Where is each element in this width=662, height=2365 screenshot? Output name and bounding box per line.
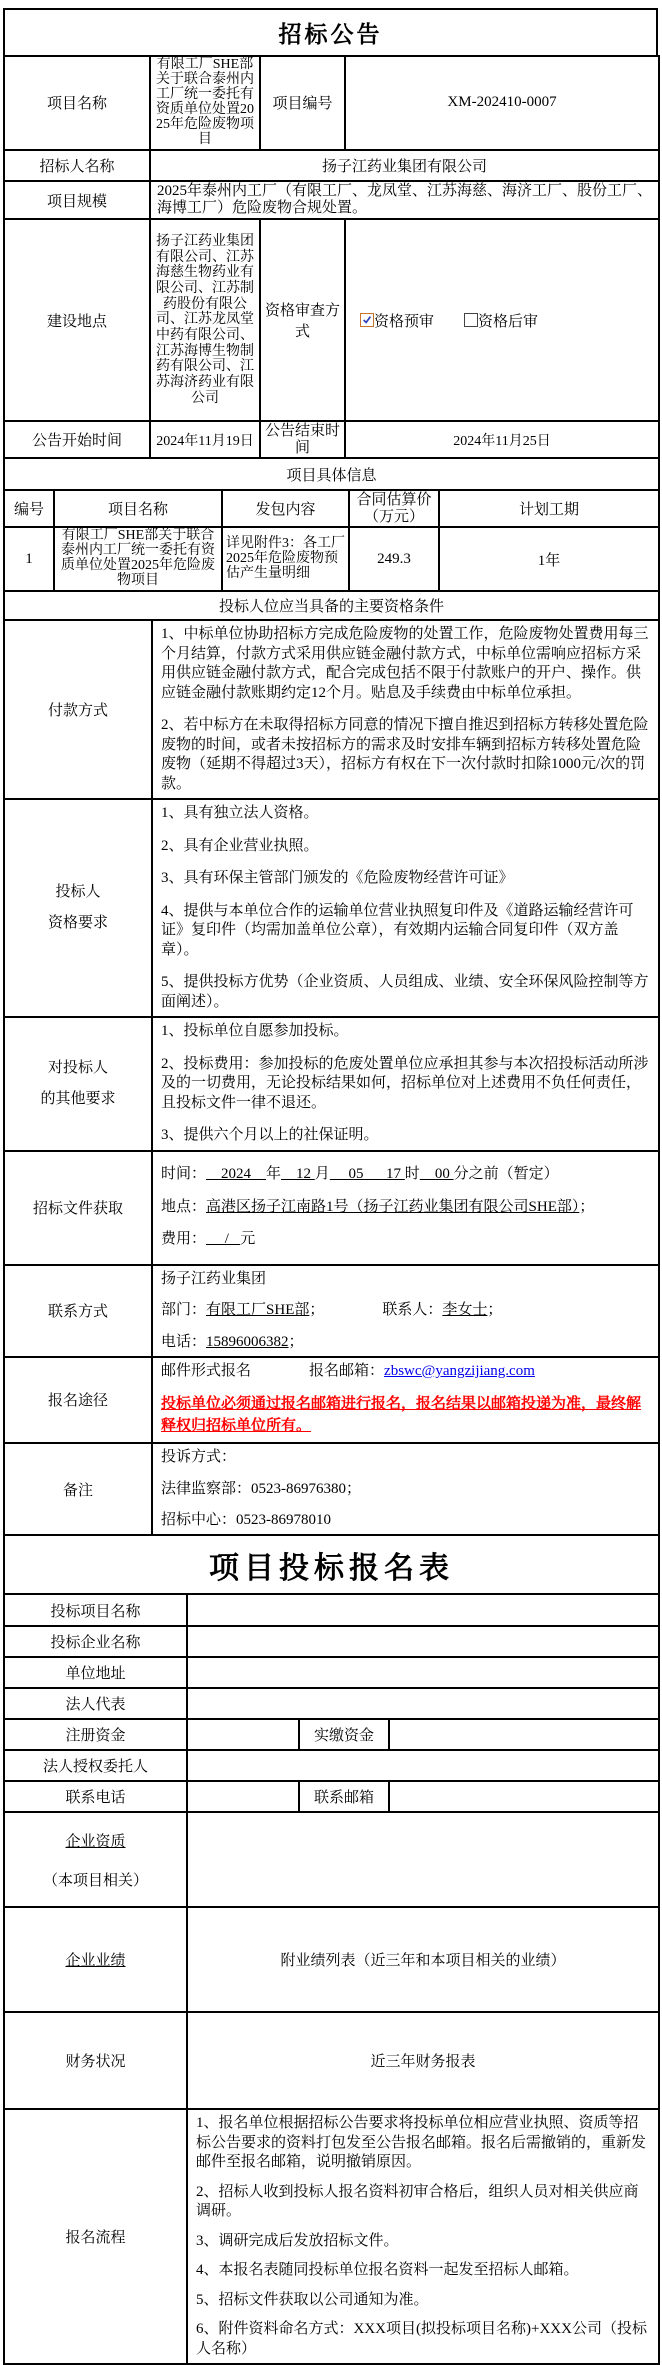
form-registered-capital-label: 注册资金 [4, 1719, 187, 1750]
table-row: 联系电话 联系邮箱 [4, 1781, 659, 1812]
table-row: 招标人名称 扬子江药业集团有限公司 [4, 150, 659, 181]
table-row: 备注 投诉方式： 法律监察部：0523-86976380； 招标中心：0523-… [4, 1443, 659, 1535]
prequalification-checkbox-checked-icon[interactable] [360, 313, 374, 327]
table-row: 财务状况 近三年财务报表 [4, 2012, 659, 2109]
form-phone-label: 联系电话 [4, 1781, 187, 1812]
signup-method-line: 邮件形式报名报名邮箱：zbswc@yangzijiang.com [161, 1362, 650, 1382]
table-row: 建设地点 扬子江药业集团有限公司、江苏海慈生物药业有限公司、江苏制药股份有限公司… [4, 219, 659, 421]
table-row: 项目规模 2025年泰州内工厂（有限工厂、龙凤堂、江苏海慈、海济工厂、股份工厂、… [4, 181, 659, 220]
contact-label: 联系方式 [4, 1265, 152, 1357]
remark-label: 备注 [4, 1443, 152, 1535]
doc-obtain-fee-line: 费用： / 元 [161, 1230, 650, 1250]
form-enterprise-qualification-label: 企业资质 （本项目相关） [4, 1812, 187, 1907]
signup-channel-content: 邮件形式报名报名邮箱：zbswc@yangzijiang.com 投标单位必须通… [152, 1357, 659, 1443]
table-row: 项目名称 有限工厂SHE部关于联合泰州内工厂统一委托有资质单位处置2025年危险… [4, 56, 659, 150]
process-p1: 1、报名单位根据招标公告要求将投标单位相应营业执照、资质等招标公告要求的资料打包… [196, 2114, 650, 2173]
announcement-title-table: 招标公告 [3, 8, 658, 57]
col-header-duration: 计划工期 [439, 490, 659, 527]
form-authorized-agent-label: 法人授权委托人 [4, 1750, 187, 1781]
col-header-content: 发包内容 [222, 490, 349, 527]
process-p6: 6、附件资料命名方式：XXX项目(拟投标项目名称)+XXX公司（投标人名称） [196, 2320, 650, 2359]
table-row: 投标人 资格要求 1、具有独立法人资格。 2、具有企业营业执照。 3、具有环保主… [4, 799, 659, 1017]
announcement-title: 招标公告 [4, 9, 657, 56]
announce-start-label: 公告开始时间 [4, 421, 150, 458]
form-registered-capital-value [187, 1719, 299, 1750]
table-row: 单位地址 [4, 1657, 659, 1688]
detail-row-no: 1 [4, 527, 54, 591]
form-legal-rep-value [187, 1688, 659, 1719]
contact-content: 扬子江药业集团 部门：有限工厂SHE部；联系人：李女士； 电话：15896006… [152, 1265, 659, 1357]
bidder-name-value: 扬子江药业集团有限公司 [150, 150, 659, 181]
table-header-row: 编号 项目名称 发包内容 合同估算价（万元） 计划工期 [4, 490, 659, 527]
signup-warning-text: 投标单位必须通过报名邮箱进行报名，报名结果以邮箱投递为准，最终解释权归招标单位所… [161, 1394, 650, 1438]
registration-form-table-2: 注册资金 实缴资金 [3, 1718, 660, 1751]
table-row: 投标人位应当具备的主要资格条件 [4, 591, 659, 620]
qualification-review-value: 资格预审资格后审 [345, 219, 659, 421]
process-p2: 2、招标人收到投标人报名资料初审合格后，组织人员对相关供应商调研。 [196, 2183, 650, 2222]
registration-form-table-1: 投标项目名称 投标企业名称 单位地址 法人代表 [3, 1593, 660, 1720]
form-financial-status-value: 近三年财务报表 [187, 2012, 659, 2109]
bidder-qualification-label: 投标人 资格要求 [4, 799, 152, 1017]
col-header-name: 项目名称 [54, 490, 222, 527]
project-no-value: XM-202410-0007 [345, 56, 659, 150]
form-legal-rep-label: 法人代表 [4, 1688, 187, 1719]
form-enterprise-performance-label: 企业业绩 [4, 1907, 187, 2012]
form-address-label: 单位地址 [4, 1657, 187, 1688]
bidder-qual-p3: 3、具有环保主管部门颁发的《危险废物经营许可证》 [161, 869, 650, 889]
remark-content: 投诉方式： 法律监察部：0523-86976380； 招标中心：0523-869… [152, 1443, 659, 1535]
project-details-table: 编号 项目名称 发包内容 合同估算价（万元） 计划工期 1 有限工厂SHE部关于… [3, 489, 660, 592]
payment-method-content: 1、中标单位协助招标方完成危险废物的处置工作，危险废物处置费用每三个月结算，付款… [152, 620, 659, 799]
form-paidin-capital-value [389, 1719, 659, 1750]
form-project-name-label: 投标项目名称 [4, 1594, 187, 1626]
detail-row-name: 有限工厂SHE部关于联合泰州内工厂统一委托有资质单位处置2025年危险废物项目 [54, 527, 222, 591]
col-header-price: 合同估算价（万元） [349, 490, 439, 527]
form-email-label: 联系邮箱 [299, 1781, 389, 1812]
bidder-qualification-content: 1、具有独立法人资格。 2、具有企业营业执照。 3、具有环保主管部门颁发的《危险… [152, 799, 659, 1017]
table-row: 投标企业名称 [4, 1626, 659, 1657]
doc-obtain-location-line: 地点：高港区扬子江南路1号（扬子江药业集团有限公司SHE部）； [161, 1198, 650, 1218]
bidder-name-label: 招标人名称 [4, 150, 150, 181]
form-paidin-capital-label: 实缴资金 [299, 1719, 389, 1750]
table-row: 法人授权委托人 [4, 1750, 659, 1781]
remark-line1: 投诉方式： [161, 1448, 650, 1467]
bidder-qual-p2: 2、具有企业营业执照。 [161, 837, 650, 857]
table-row: 联系方式 扬子江药业集团 部门：有限工厂SHE部；联系人：李女士； 电话：158… [4, 1265, 659, 1357]
table-row: 项目具体信息 [4, 458, 659, 490]
detail-row-duration: 1年 [439, 527, 659, 591]
detail-row-content: 详见附件3：各工厂2025年危险废物预估产生量明细 [222, 527, 349, 591]
construction-site-label: 建设地点 [4, 219, 150, 421]
form-project-name-value [187, 1594, 659, 1626]
postqualification-checkbox-unchecked-icon[interactable] [464, 313, 478, 327]
table-row: 公告开始时间 2024年11月19日 公告结束时间 2024年11月25日 [4, 421, 659, 458]
signup-email-link[interactable]: zbswc@yangzijiang.com [384, 1363, 535, 1379]
table-row: 付款方式 1、中标单位协助招标方完成危险废物的处置工作，危险废物处置费用每三个月… [4, 620, 659, 799]
table-row: 企业业绩 附业绩列表（近三年和本项目相关的业绩） [4, 1907, 659, 2012]
form-address-value [187, 1657, 659, 1688]
registration-form-table-3: 法人授权委托人 [3, 1749, 660, 1782]
project-name-label: 项目名称 [4, 56, 150, 150]
table-row: 1 有限工厂SHE部关于联合泰州内工厂统一委托有资质单位处置2025年危险废物项… [4, 527, 659, 591]
project-scale-value: 2025年泰州内工厂（有限工厂、龙凤堂、江苏海慈、海济工厂、股份工厂、海博工厂）… [150, 181, 659, 220]
other-req-p1: 1、投标单位自愿参加投标。 [161, 1022, 650, 1042]
contact-dept-line: 部门：有限工厂SHE部；联系人：李女士； [161, 1301, 650, 1320]
construction-site-value: 扬子江药业集团有限公司、江苏海慈生物药业有限公司、江苏制药股份有限公司、江苏龙凤… [150, 219, 260, 421]
other-requirements-label: 对投标人 的其他要求 [4, 1017, 152, 1151]
doc-obtain-time-line: 时间： 2024 年 12 月 05 17 时 00 分之前（暂定） [161, 1165, 650, 1185]
announce-end-value: 2024年11月25日 [345, 421, 659, 458]
registration-form-table-5: 企业资质 （本项目相关） 企业业绩 附业绩列表（近三年和本项目相关的业绩） 财务… [3, 1811, 660, 2365]
form-email-value [389, 1781, 659, 1812]
project-info-table: 项目名称 有限工厂SHE部关于联合泰州内工厂统一委托有资质单位处置2025年危险… [3, 55, 660, 491]
table-row: 企业资质 （本项目相关） [4, 1812, 659, 1907]
form-financial-status-label: 财务状况 [4, 2012, 187, 2109]
project-no-label: 项目编号 [260, 56, 345, 150]
form-company-name-value [187, 1626, 659, 1657]
other-requirements-content: 1、投标单位自愿参加投标。 2、投标费用：参加投标的危废处置单位应承担其参与本次… [152, 1017, 659, 1151]
postqualification-option-label: 资格后审 [478, 314, 538, 330]
project-scale-label: 项目规模 [4, 181, 150, 220]
payment-p1: 1、中标单位协助招标方完成危险废物的处置工作，危险废物处置费用每三个月结算，付款… [161, 625, 650, 703]
bidder-qual-p4: 4、提供与本单位合作的运输单位营业执照复印件及《道路运输经营许可证》复印件（均需… [161, 902, 650, 961]
table-row: 对投标人 的其他要求 1、投标单位自愿参加投标。 2、投标费用：参加投标的危废处… [4, 1017, 659, 1151]
form-signup-process-label: 报名流程 [4, 2109, 187, 2364]
table-row: 项目投标报名表 [4, 1535, 659, 1594]
form-company-name-label: 投标企业名称 [4, 1626, 187, 1657]
announce-end-label: 公告结束时间 [260, 421, 345, 458]
other-req-p3: 3、提供六个月以上的社保证明。 [161, 1126, 650, 1146]
form-enterprise-qualification-value [187, 1812, 659, 1907]
table-row: 报名途径 邮件形式报名报名邮箱：zbswc@yangzijiang.com 投标… [4, 1357, 659, 1443]
announce-start-value: 2024年11月19日 [150, 421, 260, 458]
table-row: 投标项目名称 [4, 1594, 659, 1626]
table-row: 招标文件获取 时间： 2024 年 12 月 05 17 时 00 分之前（暂定… [4, 1151, 659, 1265]
remark-line2: 法律监察部：0523-86976380； [161, 1480, 650, 1499]
bidder-qual-p1: 1、具有独立法人资格。 [161, 804, 650, 824]
other-req-p2: 2、投标费用：参加投标的危废处置单位应承担其参与本次招投标活动所涉及的一切费用，… [161, 1055, 650, 1114]
qualification-review-label: 资格审查方式 [260, 219, 345, 421]
table-row: 注册资金 实缴资金 [4, 1719, 659, 1750]
registration-form-table-4: 联系电话 联系邮箱 [3, 1780, 660, 1813]
bidder-qual-p5: 5、提供投标方优势（企业资质、人员组成、业绩、安全环保风险控制等方面阐述）。 [161, 973, 650, 1012]
detail-row-price: 249.3 [349, 527, 439, 591]
payment-p2: 2、若中标方在未取得招标方同意的情况下擅自推迟到招标方转移处置危险废物的时间，或… [161, 716, 650, 794]
project-name-value: 有限工厂SHE部关于联合泰州内工厂统一委托有资质单位处置2025年危险废物项目 [150, 56, 260, 150]
col-header-no: 编号 [4, 490, 54, 527]
table-row: 报名流程 1、报名单位根据招标公告要求将投标单位相应营业执照、资质等招标公告要求… [4, 2109, 659, 2364]
form-authorized-agent-value [187, 1750, 659, 1781]
doc-obtain-label: 招标文件获取 [4, 1151, 152, 1265]
qualification-table: 投标人位应当具备的主要资格条件 付款方式 1、中标单位协助招标方完成危险废物的处… [3, 590, 660, 1595]
contact-company: 扬子江药业集团 [161, 1270, 650, 1289]
process-p5: 5、招标文件获取以公司通知为准。 [196, 2291, 650, 2311]
remark-line3: 招标中心：0523-86978010 [161, 1511, 650, 1530]
form-phone-value [187, 1781, 299, 1812]
prequalification-option-label: 资格预审 [374, 314, 434, 330]
payment-method-label: 付款方式 [4, 620, 152, 799]
process-p4: 4、本报名表随同投标单位报名资料一起发至招标人邮箱。 [196, 2261, 650, 2281]
process-p3: 3、调研完成后发放招标文件。 [196, 2232, 650, 2252]
form-enterprise-performance-value: 附业绩列表（近三年和本项目相关的业绩） [187, 1907, 659, 2012]
signup-channel-label: 报名途径 [4, 1357, 152, 1443]
doc-obtain-content: 时间： 2024 年 12 月 05 17 时 00 分之前（暂定） 地点：高港… [152, 1151, 659, 1265]
contact-phone-line: 电话：15896006382； [161, 1333, 650, 1352]
table-row: 法人代表 [4, 1688, 659, 1719]
bid-announcement-document: 招标公告 项目名称 有限工厂SHE部关于联合泰州内工厂统一委托有资质单位处置20… [3, 8, 658, 2365]
registration-form-title: 项目投标报名表 [4, 1535, 659, 1594]
qualification-section-header: 投标人位应当具备的主要资格条件 [4, 591, 659, 620]
details-section-header: 项目具体信息 [4, 458, 659, 490]
form-signup-process-content: 1、报名单位根据招标公告要求将投标单位相应营业执照、资质等招标公告要求的资料打包… [187, 2109, 659, 2364]
